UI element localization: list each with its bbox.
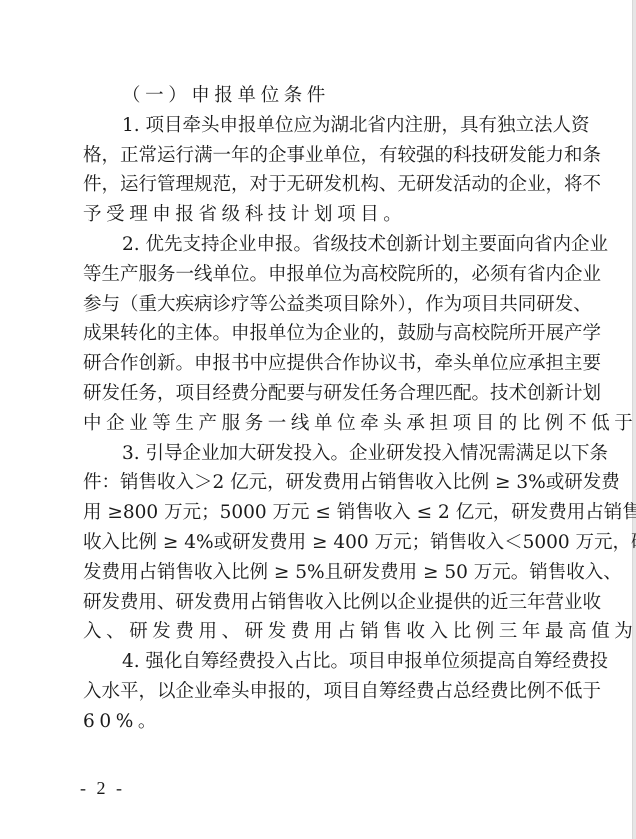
paragraph-1: 1. 项目牵头申报单位应为湖北省内注册，具有独立法人资 格，正常运行满一年的企事… [83,111,555,230]
paragraph-4: 4. 强化自筹经费投入占比。项目申报单位须提高自筹经费投 入水平，以企业牵头申报… [83,647,555,736]
paragraph-line: 件：销售收入＞2 亿元，研发费用占销售收入比例 ≥ 3%或研发费 [83,468,555,498]
paragraph-line: 发费用占销售收入比例 ≥ 5%且研发费用 ≥ 50 万元。销售收入、 [83,558,555,588]
paragraph-line: 60%。 [83,707,555,737]
paragraph-line: 件，运行管理规范，对于无研发机构、无研发活动的企业，将不 [83,170,555,200]
paragraph-line: 等生产服务一线单位。申报单位为高校院所的，必须有省内企业 [83,260,555,290]
document-body: （一）申报单位条件 1. 项目牵头申报单位应为湖北省内注册，具有独立法人资 格，… [83,81,555,737]
paragraph-3: 3. 引导企业加大研发投入。企业研发投入情况需满足以下条 件：销售收入＞2 亿元… [83,439,555,648]
paragraph-line: 3. 引导企业加大研发投入。企业研发投入情况需满足以下条 [83,439,555,469]
paragraph-line: 中企业等生产服务一线单位牵头承担项目的比例不低于 70%。 [83,409,555,439]
paragraph-line: 研发任务，项目经费分配要与研发任务合理匹配。技术创新计划 [83,379,555,409]
paragraph-line: 2. 优先支持企业申报。省级技术创新计划主要面向省内企业 [83,230,555,260]
section-heading: （一）申报单位条件 [83,81,555,111]
paragraph-line: 予受理申报省级科技计划项目。 [83,200,555,230]
paragraph-line: 收入比例 ≥ 4%或研发费用 ≥ 400 万元；销售收入＜5000 万元，研 [83,528,555,558]
paragraph-line: 研发费用、研发费用占销售收入比例以企业提供的近三年营业收 [83,588,555,618]
paragraph-line: 参与（重大疾病诊疗等公益类项目除外），作为项目共同研发、 [83,290,555,320]
document-page: （一）申报单位条件 1. 项目牵头申报单位应为湖北省内注册，具有独立法人资 格，… [0,0,633,839]
paragraph-line: 入、研发费用、研发费用占销售收入比例三年最高值为准。 [83,617,555,647]
paragraph-line: 1. 项目牵头申报单位应为湖北省内注册，具有独立法人资 [83,111,555,141]
paragraph-line: 成果转化的主体。申报单位为企业的，鼓励与高校院所开展产学 [83,319,555,349]
paragraph-line: 格，正常运行满一年的企事业单位，有较强的科技研发能力和条 [83,141,555,171]
paragraph-line: 入水平，以企业牵头申报的，项目自筹经费占总经费比例不低于 [83,677,555,707]
paragraph-line: 用 ≥800 万元；5000 万元 ≤ 销售收入 ≤ 2 亿元，研发费用占销售 [83,498,555,528]
paragraph-2: 2. 优先支持企业申报。省级技术创新计划主要面向省内企业 等生产服务一线单位。申… [83,230,555,439]
page-number: - 2 - [80,778,125,799]
paragraph-line: 4. 强化自筹经费投入占比。项目申报单位须提高自筹经费投 [83,647,555,677]
paragraph-line: 研合作创新。申报书中应提供合作协议书，牵头单位应承担主要 [83,349,555,379]
